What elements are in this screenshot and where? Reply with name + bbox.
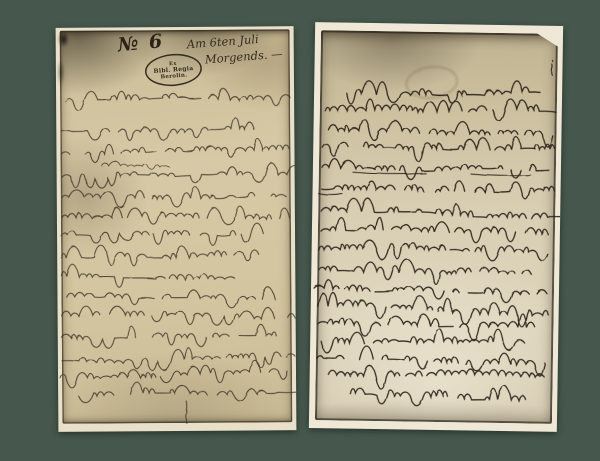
underline-stroke [471, 174, 531, 176]
handwriting-line [321, 326, 525, 356]
handwriting-line [67, 287, 275, 309]
handwriting-line [60, 360, 287, 388]
handwriting-line [61, 118, 254, 142]
handwriting-line [62, 163, 297, 188]
letter-page-2-photo [309, 22, 563, 432]
handwriting-line [62, 305, 296, 327]
handwriting-line [62, 347, 296, 371]
handwriting-line [321, 198, 562, 219]
handwriting-line [322, 158, 557, 181]
handwriting-line [62, 187, 287, 209]
handwriting-line [347, 78, 541, 107]
handwriting-line [78, 381, 296, 402]
handwriting-page-2 [309, 22, 563, 432]
handwriting-line [318, 239, 547, 262]
inserted-words [102, 161, 174, 170]
underline-stroke [353, 172, 426, 174]
handwriting-line [61, 223, 263, 246]
photo-backdrop: № 6 Am 6ten Juli Morgends. — Ex Bibl. Re… [0, 0, 600, 461]
underline-stroke [318, 194, 342, 196]
handwriting-line [65, 88, 290, 111]
handwriting-line [61, 263, 235, 288]
handwriting-line [321, 179, 555, 200]
corner-mark [551, 60, 552, 75]
pen-flourish [186, 401, 187, 423]
letter-page-1-photo: № 6 Am 6ten Juli Morgends. — Ex Bibl. Re… [56, 26, 297, 432]
handwriting-line [62, 324, 284, 348]
handwriting-line [329, 365, 544, 391]
handwriting-line [62, 206, 290, 226]
handwriting-line [61, 244, 259, 267]
handwriting-line [321, 217, 553, 244]
handwriting-line [61, 139, 288, 163]
handwriting-line [318, 258, 531, 286]
handwriting-line [322, 134, 554, 163]
handwriting-line [326, 97, 556, 122]
handwriting-page-1 [56, 26, 297, 432]
handwriting-line [350, 383, 525, 407]
